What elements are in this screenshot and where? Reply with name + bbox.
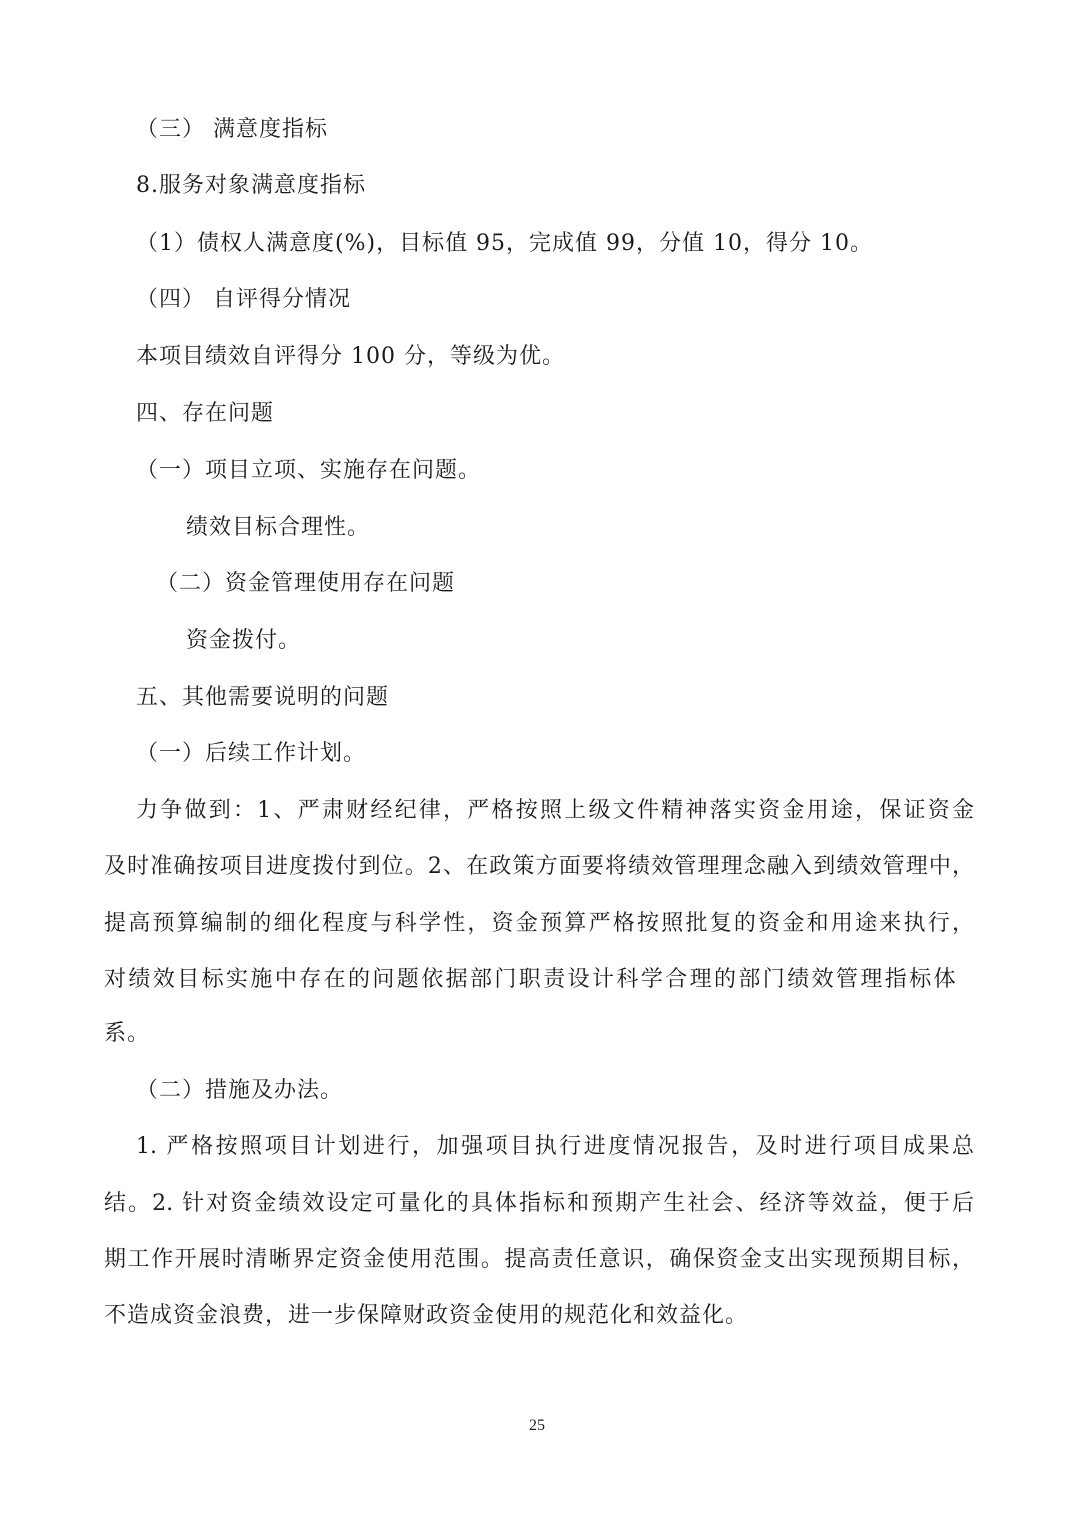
subheading-measures: （二）措施及办法。 bbox=[136, 1077, 343, 1105]
section-heading-self-score: （四） 自评得分情况 bbox=[136, 286, 351, 314]
paragraph-line: 及时准确按项目进度拨付到位。2、在政策方面要将绩效管理理念融入到绩效管理中， bbox=[104, 853, 974, 881]
fund-allocation-text: 资金拨付。 bbox=[186, 627, 301, 655]
page-number: 25 bbox=[0, 1416, 1074, 1436]
paragraph-line: 不造成资金浪费，进一步保障财政资金使用的规范化和效益化。 bbox=[104, 1302, 748, 1330]
subheading-fund-problems: （二）资金管理使用存在问题 bbox=[156, 570, 455, 598]
subheading-project-problems: （一）项目立项、实施存在问题。 bbox=[136, 457, 481, 485]
paragraph-line: 1. 严格按照项目计划进行，加强项目执行进度情况报告，及时进行项目成果总 bbox=[136, 1133, 974, 1161]
creditor-satisfaction-item: （1）债权人满意度(%)，目标值 95，完成值 99，分值 10，得分 10。 bbox=[136, 230, 873, 258]
subheading-work-plan: （一）后续工作计划。 bbox=[136, 740, 366, 768]
self-score-text: 本项目绩效自评得分 100 分，等级为优。 bbox=[136, 343, 565, 371]
paragraph-line: 对绩效目标实施中存在的问题依据部门职责设计科学合理的部门绩效管理指标体 bbox=[104, 966, 958, 994]
paragraph-line: 结。2. 针对资金绩效设定可量化的具体指标和预期产生社会、经济等效益，便于后 bbox=[104, 1190, 974, 1218]
paragraph-line: 力争做到：1、严肃财经纪律，严格按照上级文件精神落实资金用途，保证资金 bbox=[136, 797, 974, 825]
section-heading-other: 五、其他需要说明的问题 bbox=[136, 684, 389, 712]
subheading-service-satisfaction: 8.服务对象满意度指标 bbox=[136, 172, 366, 200]
paragraph-line: 系。 bbox=[104, 1020, 150, 1048]
goal-rationality-text: 绩效目标合理性。 bbox=[186, 514, 370, 542]
paragraph-line: 期工作开展时清晰界定资金使用范围。提高责任意识，确保资金支出实现预期目标， bbox=[104, 1246, 974, 1274]
section-heading-satisfaction: （三） 满意度指标 bbox=[136, 116, 328, 144]
paragraph-line: 提高预算编制的细化程度与科学性，资金预算严格按照批复的资金和用途来执行， bbox=[104, 910, 974, 938]
section-heading-problems: 四、存在问题 bbox=[136, 400, 274, 428]
